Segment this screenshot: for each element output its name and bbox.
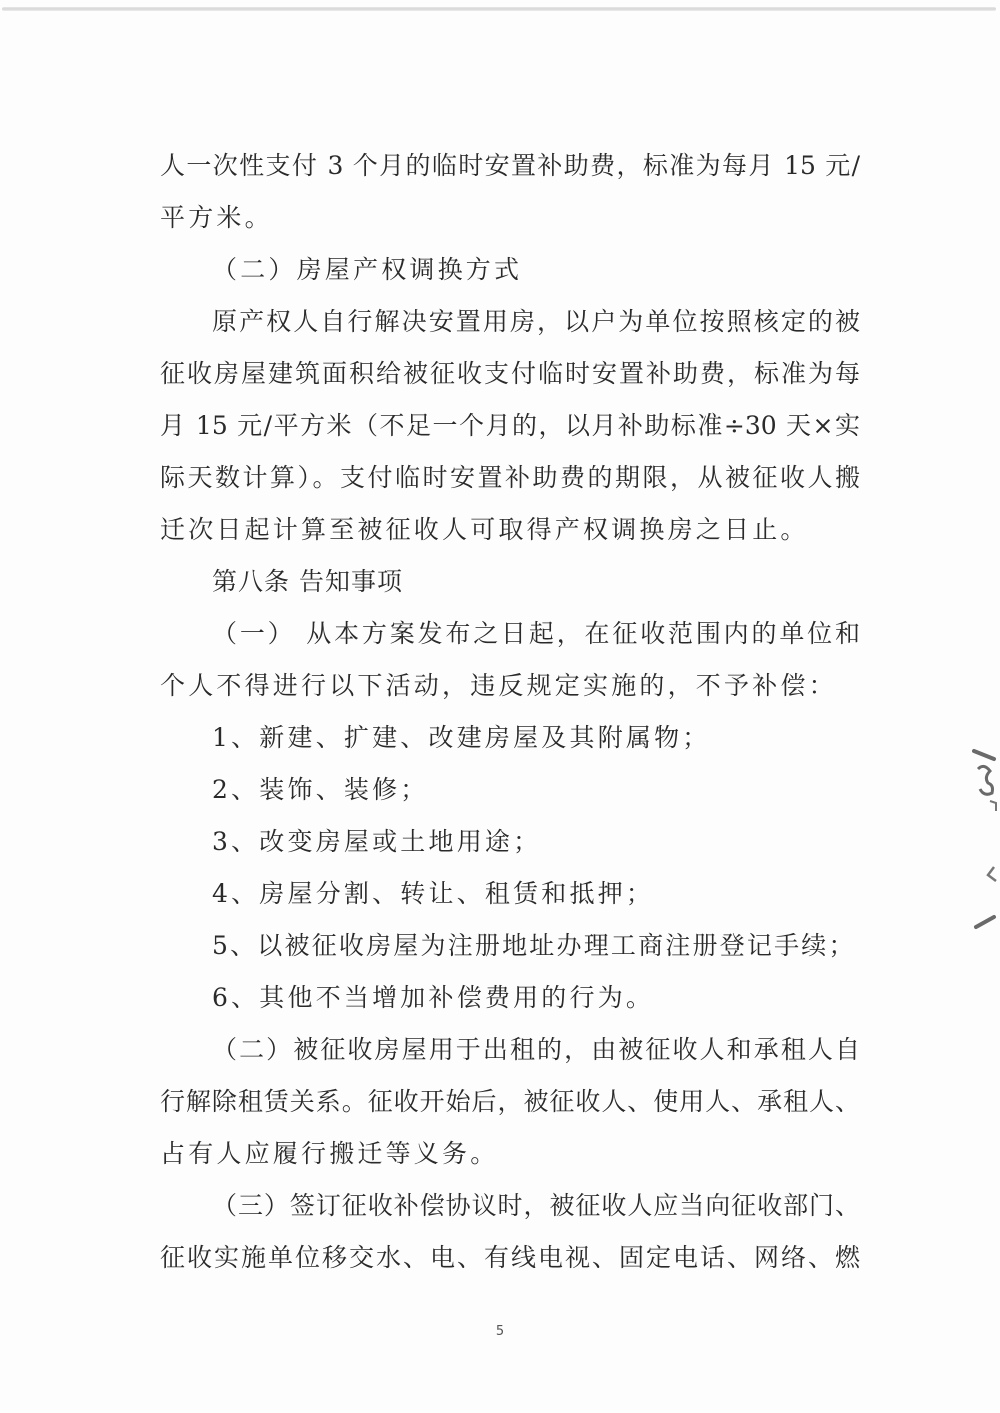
text-line: （二）被征收房屋用于出租的，由被征收人和承租人自 [160, 1024, 860, 1076]
document-body: 人一次性支付 3 个月的临时安置补助费，标准为每月 15 元/ 平方米。 （二）… [160, 140, 860, 1284]
text-line: 迁次日起计算至被征收人可取得产权调换房之日止。 [160, 504, 860, 556]
text-line: 征收房屋建筑面积给被征收支付临时安置补助费，标准为每 [160, 348, 860, 400]
text-line: 际天数计算）。支付临时安置补助费的期限，从被征收人搬 [160, 452, 860, 504]
text-line: 个人不得进行以下活动，违反规定实施的，不予补偿： [160, 660, 860, 712]
seal-stamp-fragment-icon [972, 745, 1000, 935]
text-line: 月 15 元/平方米（不足一个月的，以月补助标准÷30 天×实 [160, 400, 860, 452]
text-line: 人一次性支付 3 个月的临时安置补助费，标准为每月 15 元/ [160, 140, 860, 192]
list-item: 6、其他不当增加补偿费用的行为。 [160, 972, 860, 1024]
scan-top-edge [2, 7, 996, 11]
section-subheading: （二）房屋产权调换方式 [160, 244, 860, 296]
list-item: 4、房屋分割、转让、租赁和抵押； [160, 868, 860, 920]
text-line: （一） 从本方案发布之日起，在征收范围内的单位和 [160, 608, 860, 660]
text-line: 占有人应履行搬迁等义务。 [160, 1128, 860, 1180]
text-line: （三）签订征收补偿协议时，被征收人应当向征收部门、 [160, 1180, 860, 1232]
list-item: 1、新建、扩建、改建房屋及其附属物； [160, 712, 860, 764]
page-number: 5 [0, 1324, 1000, 1339]
document-page: 人一次性支付 3 个月的临时安置补助费，标准为每月 15 元/ 平方米。 （二）… [0, 0, 1000, 1413]
list-item: 2、装饰、装修； [160, 764, 860, 816]
article-heading: 第八条 告知事项 [160, 556, 860, 608]
text-line: 平方米。 [160, 192, 860, 244]
text-line: 原产权人自行解决安置用房，以户为单位按照核定的被 [160, 296, 860, 348]
list-item: 5、以被征收房屋为注册地址办理工商注册登记手续； [160, 920, 860, 972]
list-item: 3、改变房屋或土地用途； [160, 816, 860, 868]
text-line: 征收实施单位移交水、电、有线电视、固定电话、网络、燃 [160, 1232, 860, 1284]
text-line: 行解除租赁关系。征收开始后，被征收人、使用人、承租人、 [160, 1076, 860, 1128]
